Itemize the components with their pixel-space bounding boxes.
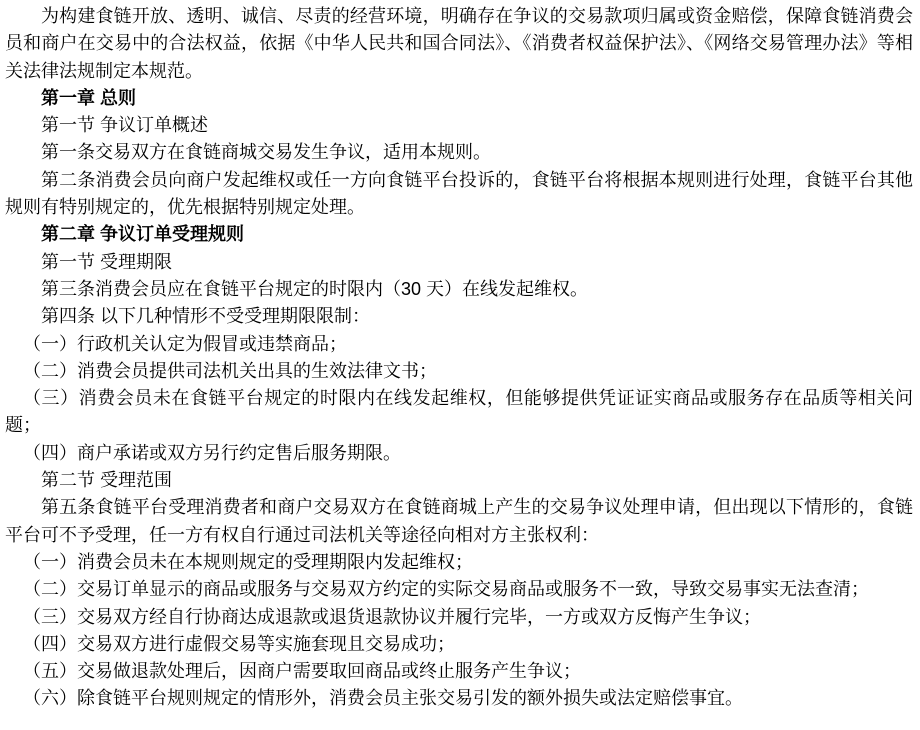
article-2: 第二条消费会员向商户发起维权或任一方向食链平台投诉的，食链平台将根据本规则进行处… — [5, 167, 913, 222]
article-5-item-3: （三）交易双方经自行协商达成退款或退货退款协议并履行完毕，一方或双方反悔产生争议… — [5, 604, 913, 631]
section-2-1-heading: 第一节 受理期限 — [5, 249, 913, 276]
article-5: 第五条食链平台受理消费者和商户交易双方在食链商城上产生的交易争议处理申请，但出现… — [5, 494, 913, 549]
article-5-item-6: （六）除食链平台规则规定的情形外，消费会员主张交易引发的额外损失或法定赔偿事宜。 — [5, 685, 913, 712]
article-5-item-1: （一）消费会员未在本规则规定的受理期限内发起维权； — [5, 549, 913, 576]
chapter-1-heading: 第一章 总则 — [5, 85, 913, 112]
article-4-item-1: （一）行政机关认定为假冒或违禁商品； — [5, 331, 913, 358]
article-4-item-3: （三）消费会员未在食链平台规定的时限内在线发起维权，但能够提供凭证证实商品或服务… — [5, 385, 913, 440]
article-3: 第三条消费会员应在食链平台规定的时限内（30 天）在线发起维权。 — [5, 276, 913, 303]
article-4-item-4: （四）商户承诺或双方另行约定售后服务期限。 — [5, 440, 913, 467]
article-1: 第一条交易双方在食链商城交易发生争议，适用本规则。 — [5, 139, 913, 166]
article-4-item-2: （二）消费会员提供司法机关出具的生效法律文书； — [5, 358, 913, 385]
article-5-item-2: （二）交易订单显示的商品或服务与交易双方约定的实际交易商品或服务不一致，导致交易… — [5, 576, 913, 603]
article-4: 第四条 以下几种情形不受受理期限限制： — [5, 303, 913, 330]
intro-paragraph: 为构建食链开放、透明、诚信、尽责的经营环境，明确存在争议的交易款项归属或资金赔偿… — [5, 3, 913, 85]
section-1-1-heading: 第一节 争议订单概述 — [5, 112, 913, 139]
chapter-2-heading: 第二章 争议订单受理规则 — [5, 221, 913, 248]
article-5-item-5: （五）交易做退款处理后，因商户需要取回商品或终止服务产生争议； — [5, 658, 913, 685]
section-2-2-heading: 第二节 受理范围 — [5, 467, 913, 494]
article-5-item-4: （四）交易双方进行虚假交易等实施套现且交易成功； — [5, 631, 913, 658]
document-page: 为构建食链开放、透明、诚信、尽责的经营环境，明确存在争议的交易款项归属或资金赔偿… — [0, 0, 920, 730]
